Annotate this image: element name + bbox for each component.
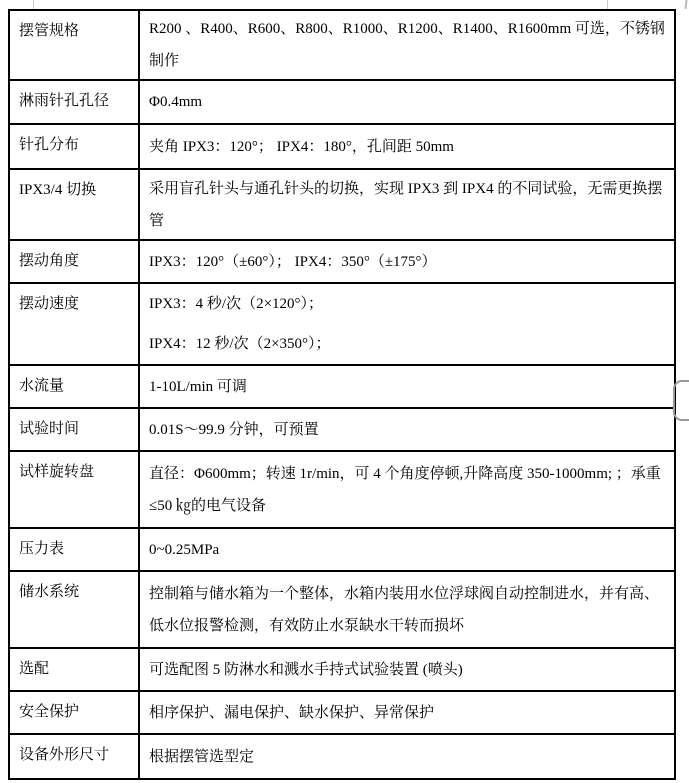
spec-value-cell: 根据摆管选型定	[139, 734, 675, 779]
spec-label-cell: 针孔分布	[9, 124, 139, 169]
table-row: 摆动速度IPX3：4 秒/次（2×120°）；IPX4：12 秒/次（2×350…	[9, 283, 675, 365]
table-row: 设备外形尺寸根据摆管选型定	[9, 734, 675, 779]
table-row: 淋雨针孔孔径Φ0.4mm	[9, 80, 675, 124]
table-row: 压力表0~0.25MPa	[9, 528, 675, 571]
table-row: 试样旋转盘直径：Φ600mm；转速 1r/min，可 4 个角度停顿,升降高度 …	[9, 451, 675, 528]
spec-label-cell: 水流量	[9, 365, 139, 408]
spec-value-cell: R200 、R400、R600、R800、R1000、R1200、R1400、R…	[139, 10, 675, 80]
spec-label-cell: 设备外形尺寸	[9, 734, 139, 779]
table-row: 摆动角度IPX3：120°（±60°）； IPX4：350°（±175°）	[9, 240, 675, 283]
spec-value-cell: 采用盲孔针头与通孔针头的切换，实现 IPX3 到 IPX4 的不同试验，无需更换…	[139, 169, 675, 240]
spec-value-cell: IPX3：4 秒/次（2×120°）；IPX4：12 秒/次（2×350°）；	[139, 283, 675, 365]
corner-mark	[684, 0, 687, 9]
spec-label-cell: 储水系统	[9, 571, 139, 648]
spec-value-cell: IPX3：120°（±60°）； IPX4：350°（±175°）	[139, 240, 675, 283]
spec-value-line: IPX4：12 秒/次（2×350°）；	[149, 328, 668, 360]
scrollbar-thumb[interactable]	[673, 380, 689, 421]
spec-label-cell: IPX3/4 切换	[9, 169, 139, 240]
gridline-tick-right	[607, 0, 608, 9]
table-row: 摆管规格R200 、R400、R600、R800、R1000、R1200、R14…	[9, 10, 675, 80]
spec-label-cell: 试样旋转盘	[9, 451, 139, 528]
spec-value-cell: 1-10L/min 可调	[139, 365, 675, 408]
spec-value-line: IPX3：4 秒/次（2×120°）；	[149, 288, 668, 320]
table-row: 试验时间0.01S～99.9 分钟，可预置	[9, 408, 675, 451]
spec-label-cell: 摆管规格	[9, 10, 139, 80]
spec-table-body: 摆管规格R200 、R400、R600、R800、R1000、R1200、R14…	[9, 10, 675, 779]
document-page: 摆管规格R200 、R400、R600、R800、R1000、R1200、R14…	[0, 0, 689, 783]
table-row: 水流量1-10L/min 可调	[9, 365, 675, 408]
spec-value-cell: 0.01S～99.9 分钟，可预置	[139, 408, 675, 451]
spec-value-cell: 直径：Φ600mm；转速 1r/min，可 4 个角度停顿,升降高度 350-1…	[139, 451, 675, 528]
table-row: 安全保护相序保护、漏电保护、缺水保护、异常保护	[9, 691, 675, 734]
spec-value-cell: 0~0.25MPa	[139, 528, 675, 571]
spec-value-cell: 控制箱与储水箱为一个整体，水箱内装用水位浮球阀自动控制进水，并有高、低水位报警检…	[139, 571, 675, 648]
table-row: IPX3/4 切换采用盲孔针头与通孔针头的切换，实现 IPX3 到 IPX4 的…	[9, 169, 675, 240]
spec-label-cell: 选配	[9, 648, 139, 691]
spec-label-cell: 试验时间	[9, 408, 139, 451]
spec-label-cell: 压力表	[9, 528, 139, 571]
spec-value-cell: Φ0.4mm	[139, 80, 675, 124]
spec-label-cell: 安全保护	[9, 691, 139, 734]
gridline-tick-left	[33, 0, 34, 9]
table-row: 储水系统控制箱与储水箱为一个整体，水箱内装用水位浮球阀自动控制进水，并有高、低水…	[9, 571, 675, 648]
spec-value-cell: 可选配图 5 防淋水和溅水手持式试验装置 (喷头)	[139, 648, 675, 691]
spec-label-cell: 淋雨针孔孔径	[9, 80, 139, 124]
spec-label-cell: 摆动速度	[9, 283, 139, 365]
spec-table: 摆管规格R200 、R400、R600、R800、R1000、R1200、R14…	[8, 9, 676, 780]
table-row: 选配可选配图 5 防淋水和溅水手持式试验装置 (喷头)	[9, 648, 675, 691]
spec-value-cell: 夹角 IPX3：120°； IPX4：180°，孔间距 50mm	[139, 124, 675, 169]
spec-label-cell: 摆动角度	[9, 240, 139, 283]
spec-value-cell: 相序保护、漏电保护、缺水保护、异常保护	[139, 691, 675, 734]
table-row: 针孔分布夹角 IPX3：120°； IPX4：180°，孔间距 50mm	[9, 124, 675, 169]
